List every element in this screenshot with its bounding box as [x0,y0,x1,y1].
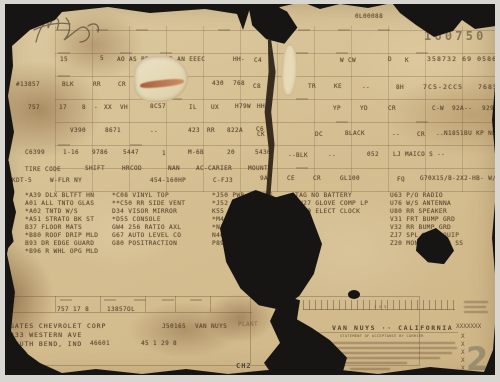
grid-cell: RR [93,81,101,88]
grid-cell: W-FLR NY [50,177,82,184]
grid-cell: BLK [62,81,74,88]
torn-corner-top-right [452,4,495,26]
carrier-subtitle: STATEMENT OF ACCEPTANCE BY CARRIER [340,334,424,338]
grid-cell: C4 [254,57,262,64]
x-row: XXXXXXX [456,323,481,330]
dealer-street: 333 WESTERN AVE [10,331,82,339]
body-number: 13857OL [107,306,135,313]
grid-cell: 423 [188,127,200,134]
carrier-title: VAN NUYS ·· CALIFORNIA [332,324,453,332]
grid-cell: 8671 [105,127,121,134]
grid-cell: 1-16 [63,149,79,156]
ch2-stamp: CH2 [236,362,252,370]
grid-cell: N1851BU KP NHHD [444,130,495,137]
option-item: U80 RR SPEAKER [390,208,463,216]
option-item: G80 POSITRACTION [112,240,185,248]
grid-cell: YD [360,105,368,112]
grid-cell: 5436 [255,149,271,156]
option-item: B37 FLOOR MATS [25,224,98,232]
x-mark: X [461,365,465,372]
option-item: U63 P/O RADIO [390,192,463,200]
grid-cell: TR [308,83,316,90]
grid-cell: K [405,57,409,64]
page-number-watermark: 2 [466,340,488,375]
grid-cell: CK [257,131,265,138]
date-digit: 8 [173,340,177,347]
grid-cell: #13857 [16,81,40,88]
grid-cell: 7C5-2CC5 [423,83,463,91]
grid-cell: 9A [260,175,268,182]
plant-city: VAN NUYS [195,323,227,330]
option-item: V32 RR BUMP GRD [390,224,463,232]
grid-cell: KE [334,83,342,90]
photo-black-background: MICRO 0L00088 13857OL 160750 15 5 AO AS … [5,4,495,375]
grid-cell: C8 [253,83,261,90]
grid-cell: 17 [59,104,67,111]
grid-cell: AC-CARIER [196,165,232,172]
order-line: 757 17 8 [57,306,89,313]
grid-cell: --BLK [288,152,308,159]
option-item: *B96 R WHL OPG MLD [25,248,98,256]
grid-cell: VH [120,104,128,111]
x-mark: X [461,341,465,348]
x-mark: X [461,357,465,364]
grid-cell: NAN [168,165,180,172]
grid-cell: 358732 69 0586 [427,55,495,63]
grid-cell: G70X15/B-2X2-HB- W/S [420,175,495,182]
grid-cell: 8H [396,84,404,91]
grid-cell: HH [257,103,265,110]
option-item: *A02 TNTD W/S [25,208,98,216]
grid-cell: XX [104,104,112,111]
grid-cell: 052 [367,151,379,158]
date-code: 45 1 29 [141,340,169,347]
dealer-zip: 46601 [90,340,110,347]
option-item: TAG NO BATTERY [295,192,368,200]
grid-cell: C-W [432,105,444,112]
photo-of-broadcast-sheet: MICRO 0L00088 13857OL 160750 15 5 AO AS … [0,0,500,382]
grid-cell: GL100 [340,175,360,182]
grid-cell: 7685 [478,83,495,91]
grid-cell: DC [315,131,323,138]
grid-cell: HRCOD [122,165,142,172]
grid-cell: 5 [100,55,104,62]
grid-cell: 20 [227,149,235,156]
option-item: **C50 RR SIDE VENT [112,200,185,208]
option-item: G67 AUTO LEVEL CO [112,232,185,240]
plant-word: PLANT [238,321,258,328]
option-item: B93 DR EDGE GUARD [25,240,98,248]
body-code: 13857OL [437,13,465,20]
grid-cell: HH- [233,56,245,63]
grid-cell: -- [362,84,370,91]
option-item: GW4 256 RATIO AXL [112,224,185,232]
grid-cell: 430 [212,80,224,87]
small-hole [348,290,360,299]
x-mark: X [461,349,465,356]
shipping-code: J50165 [162,323,186,330]
grid-cell: TIRE CODE [25,166,61,173]
option-item: U76 W/S ANTENNA [390,200,463,208]
grid-cell: YP [333,105,341,112]
option-item: *B80 ROOF DRIP MLD [25,232,98,240]
production-number-stamp: 160750 [424,29,487,43]
grid-cell: V390 [70,127,86,134]
grid-cell: 92A-- [452,105,472,112]
option-item: *U27 GLOVE COMP LP [295,200,368,208]
grid-cell: M-6B [188,149,204,156]
grid-cell: 454-160HP [150,177,186,184]
grid-cell: 929 [482,105,494,112]
grid-cell: -- [436,131,444,138]
grid-cell: 757 [28,104,40,111]
handwritten-signature [26,8,110,52]
grid-cell: 768 [233,80,245,87]
option-item: *A39 DLX BLTFT HN [25,192,98,200]
grid-cell: UX [211,104,219,111]
options-column-1: *A39 DLX BLTFT HN A01 ALL TNTO GLAS *A02… [25,192,98,256]
option-item: A01 ALL TNTO GLAS [25,200,98,208]
grid-cell: 9786 [92,149,108,156]
grid-cell: C-FJ3 [213,177,233,184]
grid-cell: D [388,56,392,63]
grid-cell: MOUNT [248,165,268,172]
grid-cell: H79W [235,103,251,110]
grid-cell: CE [287,175,295,182]
grid-cell: 8 [82,104,86,111]
grid-cell: -- [150,128,158,135]
grid-cell: 8C57 [150,103,166,110]
grid-cell: C6399 [25,149,45,156]
grid-cell: LJ MAICO S -- [393,151,445,158]
grid-cell: CR [388,105,396,112]
grid-cell: BLACK [345,130,365,137]
grid-cell: SHIFT [85,165,105,172]
grid-cell: -- [328,152,336,159]
grid-cell: CR [118,81,126,88]
grid-cell: RR [207,127,215,134]
option-item: *C08 VINYL TOP [112,192,185,200]
x-mark: X [461,333,465,340]
grid-cell: 822A [227,127,243,134]
option-item: *A51 STRATO BK ST [25,216,98,224]
grid-cell: IL [189,104,197,111]
grid-cell: 1 [162,150,166,157]
order-code: 0L00088 [355,13,383,20]
option-item: *D55 CONSOLE [112,216,185,224]
grid-cell: W CW [340,57,356,64]
ruler-numbers: 1 3 3 [374,305,386,309]
grid-cell: 5447 [123,149,139,156]
grid-cell: - [94,104,98,111]
grid-cell: -- [392,131,400,138]
grid-cell: FQ [397,176,405,183]
option-item: V31 FRT BUMP GRD [390,216,463,224]
grid-cell: CR [313,175,321,182]
options-column-2: *C08 VINYL TOP **C50 RR SIDE VENT D34 VI… [112,192,185,248]
grid-cell: 15 [60,56,68,63]
option-item: D34 VISOR MIRROR [112,208,185,216]
broadcast-sheet-paper: MICRO 0L00088 13857OL 160750 15 5 AO AS … [5,4,495,375]
grid-cell: CR [417,131,425,138]
dealer-name: GATES CHEVROLET CORP [10,322,106,330]
